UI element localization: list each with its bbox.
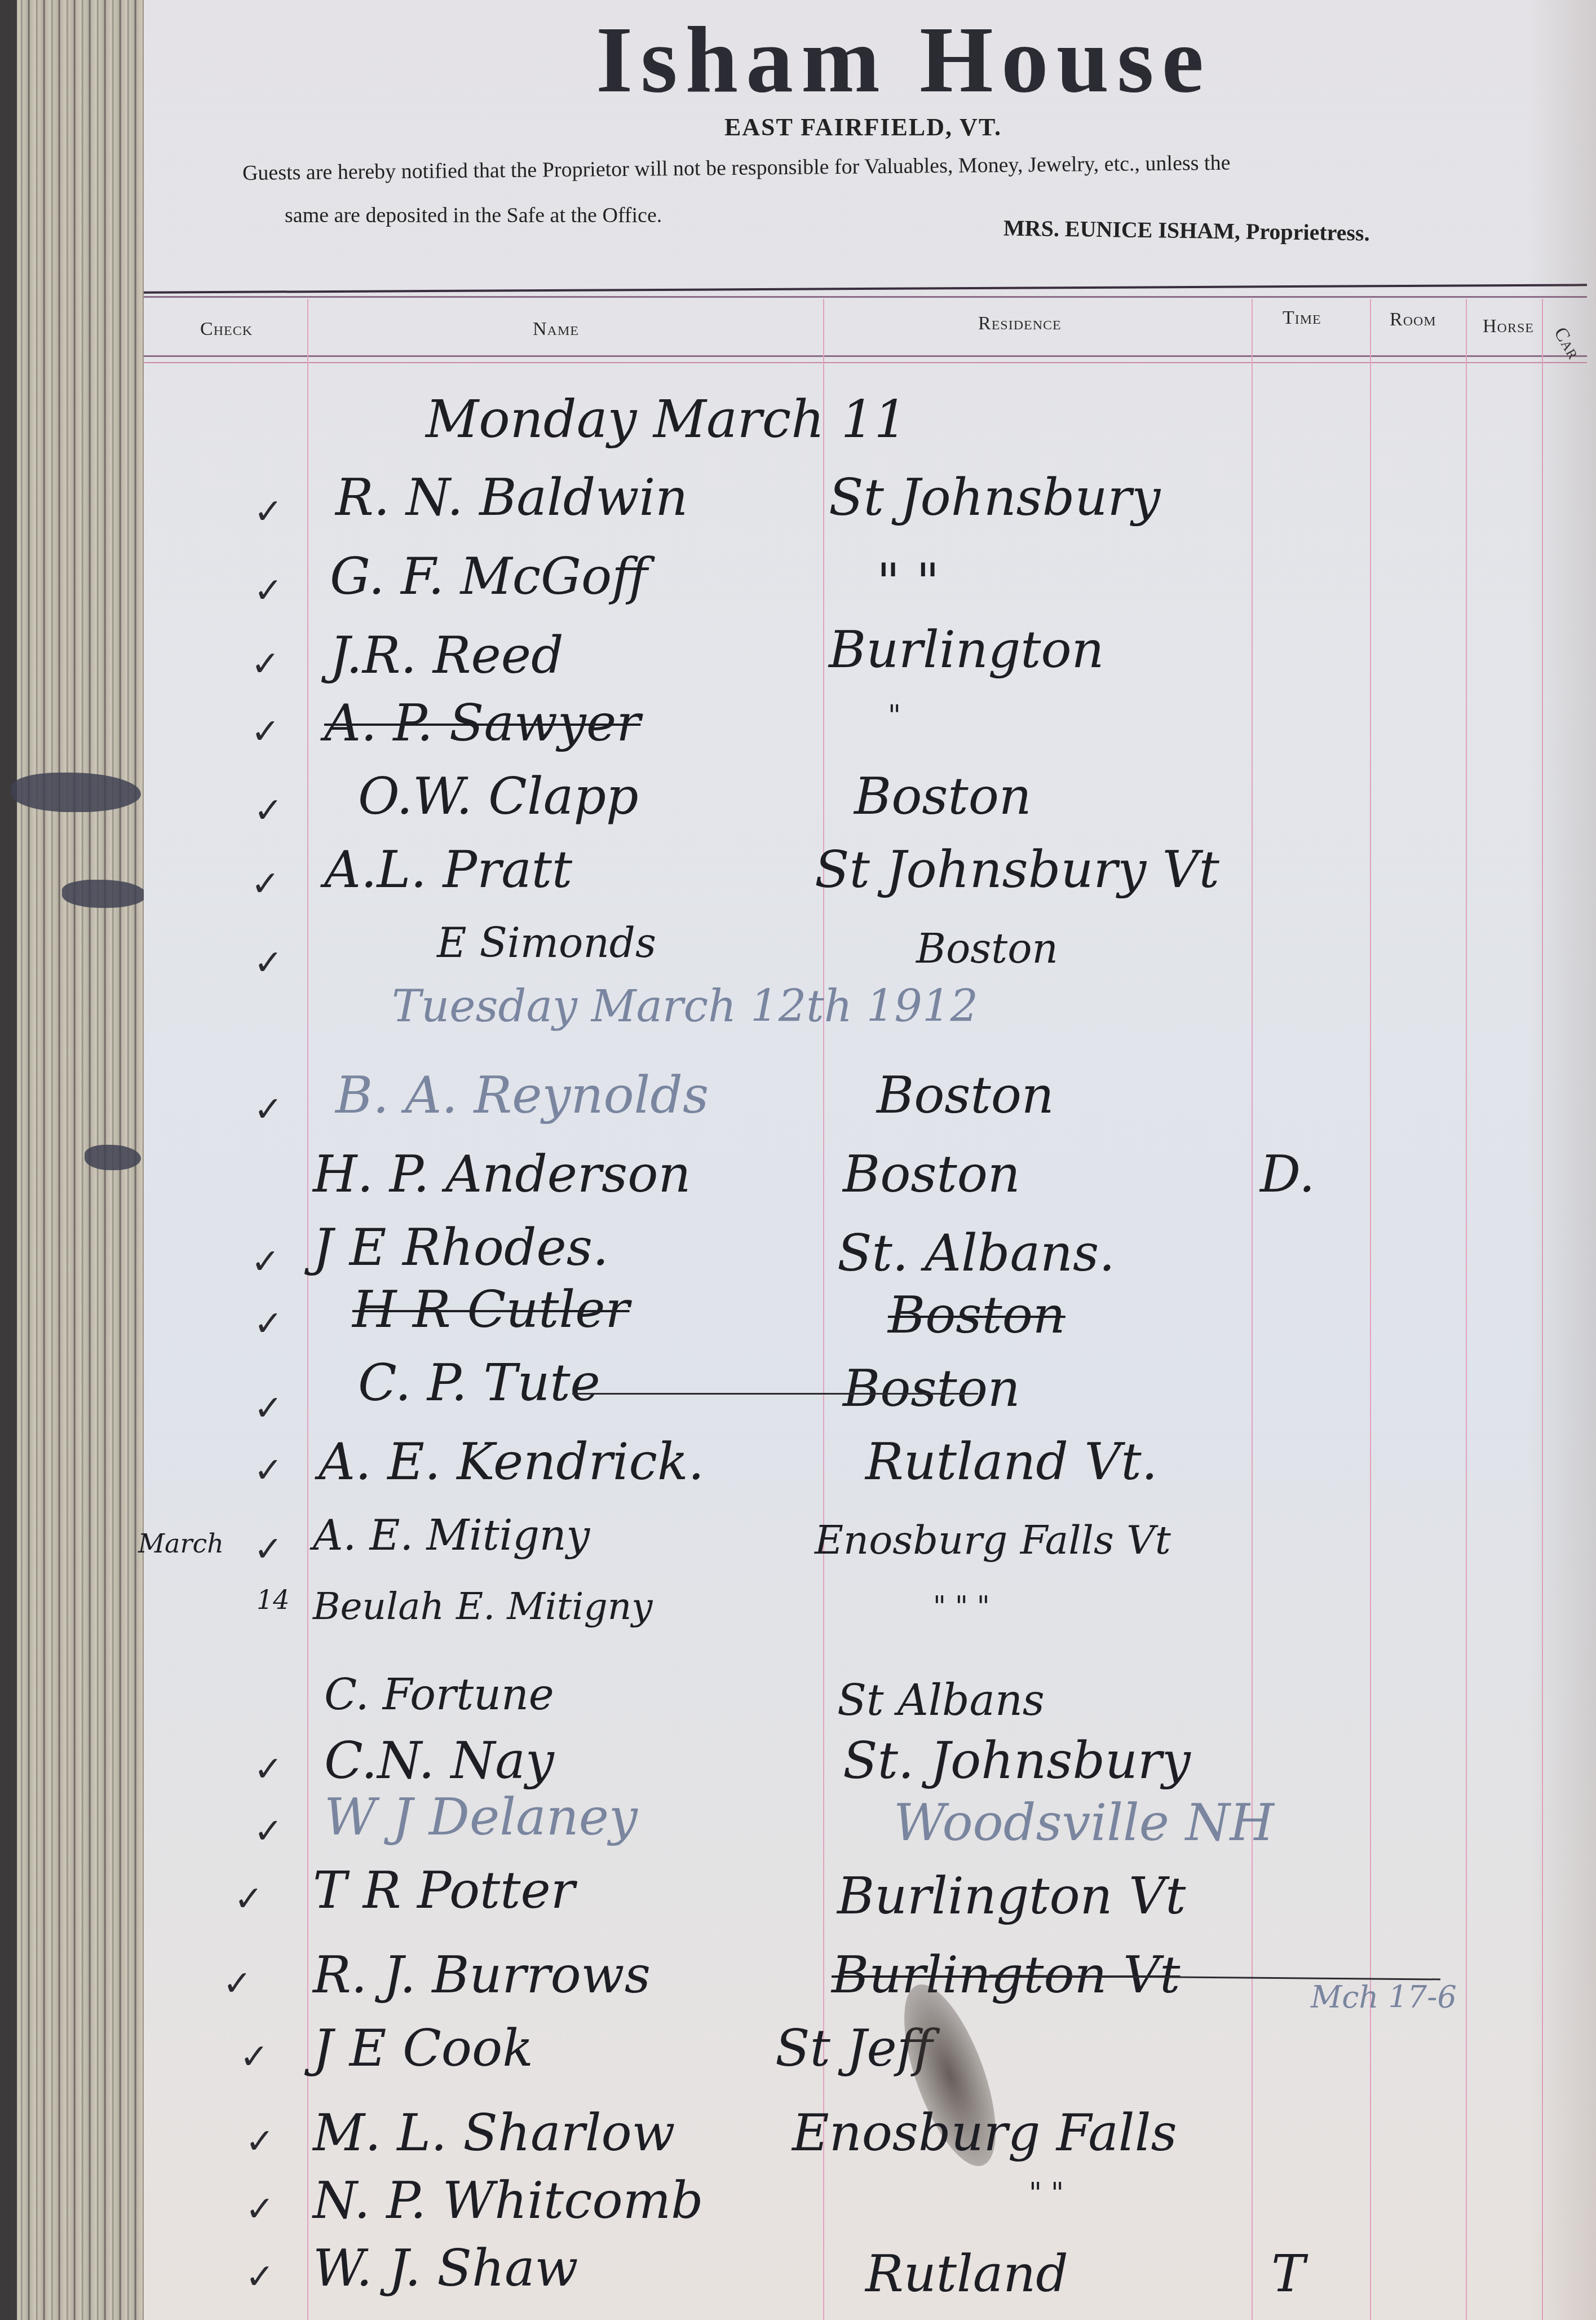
guest-name: A.L. Pratt xyxy=(324,840,572,899)
check-mark: ✓ xyxy=(254,789,283,831)
proprietress-name: MRS. EUNICE ISHAM, Proprietress. xyxy=(1003,214,1370,246)
check-mark: ✓ xyxy=(254,942,283,983)
ink-blot xyxy=(85,1145,141,1170)
check-mark: ✓ xyxy=(251,711,280,752)
guest-name: Beulah E. Mitigny xyxy=(313,1585,653,1628)
guest-name: R. N. Baldwin xyxy=(335,468,688,527)
column-header-horse: Horse xyxy=(1483,316,1534,337)
date-heading: Tuesday March 12th 1912 xyxy=(392,981,978,1032)
check-mark: ✓ xyxy=(234,1878,263,1919)
guest-residence: Burlington xyxy=(829,620,1104,680)
guest-residence: " " " xyxy=(933,1590,990,1623)
guest-name: A. P. Sawyer xyxy=(324,694,640,753)
check-mark: ✓ xyxy=(254,1088,283,1130)
column-divider xyxy=(1542,299,1543,2320)
column-header-room: Room xyxy=(1390,309,1436,330)
guest-name: J E Cook xyxy=(313,2019,533,2078)
guest-name: C. Fortune xyxy=(324,1669,554,1719)
column-header-car: Car xyxy=(1549,324,1584,363)
guest-name: H R Cutler xyxy=(352,1280,630,1339)
guest-name: C.N. Nay xyxy=(324,1731,554,1790)
page-edge-stack xyxy=(0,0,144,2320)
guest-residence: " xyxy=(888,699,901,732)
check-mark: ✓ xyxy=(251,1241,280,1282)
margin-note: March xyxy=(138,1528,224,1559)
check-mark: ✓ xyxy=(254,1748,283,1789)
guest-name: H. P. Anderson xyxy=(313,1145,691,1204)
guest-residence: Enosburg Falls Vt xyxy=(815,1517,1171,1563)
guest-residence: Rutland xyxy=(865,2244,1068,2304)
hotel-title: Isham House xyxy=(144,6,1596,114)
guest-name: G. F. McGoff xyxy=(330,547,648,606)
date-heading: Monday March 11 xyxy=(426,389,907,449)
check-mark: ✓ xyxy=(254,1528,283,1569)
guest-name: R. J. Burrows xyxy=(313,1946,651,2005)
check-mark: ✓ xyxy=(245,2256,275,2297)
guest-name: B. A. Reynolds xyxy=(335,1066,709,1125)
check-mark: ✓ xyxy=(254,1449,283,1490)
check-mark: ✓ xyxy=(254,1387,283,1428)
guest-residence: Boston xyxy=(888,1286,1066,1345)
guest-residence: Boston xyxy=(843,1359,1020,1418)
column-divider xyxy=(307,299,308,2320)
guest-name: T R Potter xyxy=(313,1861,575,1920)
guest-name: M. L. Sharlow xyxy=(313,2103,675,2163)
guest-residence: " " xyxy=(1029,2177,1064,2209)
margin-note: 14 xyxy=(257,1585,290,1615)
guest-residence: St. Johnsbury xyxy=(843,1731,1191,1790)
column-header-residence: Residence xyxy=(978,313,1062,334)
guest-residence: Burlington Vt xyxy=(837,1867,1186,1926)
guest-residence: St Johnsbury Vt xyxy=(815,840,1219,899)
side-note: Mch 17-6 xyxy=(1311,1979,1457,2015)
check-mark: ✓ xyxy=(245,2188,275,2229)
guest-residence: Boston xyxy=(843,1145,1020,1204)
ink-blot xyxy=(11,773,141,812)
guest-residence: Boston xyxy=(916,925,1058,972)
check-mark: ✓ xyxy=(254,570,283,611)
check-mark: ✓ xyxy=(251,863,280,904)
column-divider xyxy=(823,299,824,2320)
guest-name: J E Rhodes. xyxy=(313,1218,609,1277)
guest-name: O.W. Clapp xyxy=(358,767,639,826)
guest-name: A. E. Kendrick. xyxy=(319,1432,704,1492)
guest-residence: St. Albans. xyxy=(837,1224,1115,1283)
check-mark: ✓ xyxy=(223,1962,252,2004)
guest-name: C. P. Tute xyxy=(358,1353,600,1413)
guest-residence: Boston xyxy=(877,1066,1054,1125)
ink-blot xyxy=(62,880,147,908)
check-mark: ✓ xyxy=(254,1810,283,1851)
column-divider xyxy=(1466,299,1467,2320)
column-header-time: Time xyxy=(1283,307,1321,329)
column-divider xyxy=(1252,299,1253,2320)
guest-name: N. P. Whitcomb xyxy=(313,2171,704,2230)
time-mark: T xyxy=(1271,2244,1305,2304)
guest-name: W. J. Shaw xyxy=(313,2239,578,2298)
hotel-location: EAST FAIRFIELD, VT. xyxy=(724,113,1002,142)
guest-residence: Woodsville NH xyxy=(894,1793,1274,1853)
check-mark: ✓ xyxy=(254,1303,283,1344)
guest-residence: Boston xyxy=(854,767,1032,826)
guest-residence: St Albans xyxy=(837,1675,1045,1725)
check-mark: ✓ xyxy=(245,2120,275,2162)
time-mark: D. xyxy=(1260,1145,1315,1204)
header-rule-top xyxy=(144,284,1587,293)
guest-residence: Rutland Vt. xyxy=(865,1432,1157,1492)
guest-name: W J Delaney xyxy=(324,1788,638,1847)
column-header-check: Check xyxy=(200,319,253,340)
register-page: Isham House EAST FAIRFIELD, VT. Guests a… xyxy=(144,0,1596,2320)
check-mark: ✓ xyxy=(254,491,283,532)
safe-notice-line-2: same are deposited in the Safe at the Of… xyxy=(285,203,662,228)
strike-line xyxy=(572,1393,978,1395)
guest-residence: St Johnsbury xyxy=(829,468,1160,527)
guest-name: E Simonds xyxy=(437,919,656,967)
header-rule-top-inner xyxy=(144,296,1587,298)
column-header-name: Name xyxy=(533,319,579,340)
column-divider xyxy=(1370,299,1371,2320)
guest-name: J.R. Reed xyxy=(330,626,564,685)
guest-residence: Enosburg Falls xyxy=(792,2103,1177,2163)
guest-residence: " " xyxy=(877,553,939,612)
guest-name: A. E. Mitigny xyxy=(313,1511,590,1560)
check-mark: ✓ xyxy=(240,2036,269,2077)
check-mark: ✓ xyxy=(251,643,280,684)
safe-notice-line-1: Guests are hereby notified that the Prop… xyxy=(242,151,1231,186)
